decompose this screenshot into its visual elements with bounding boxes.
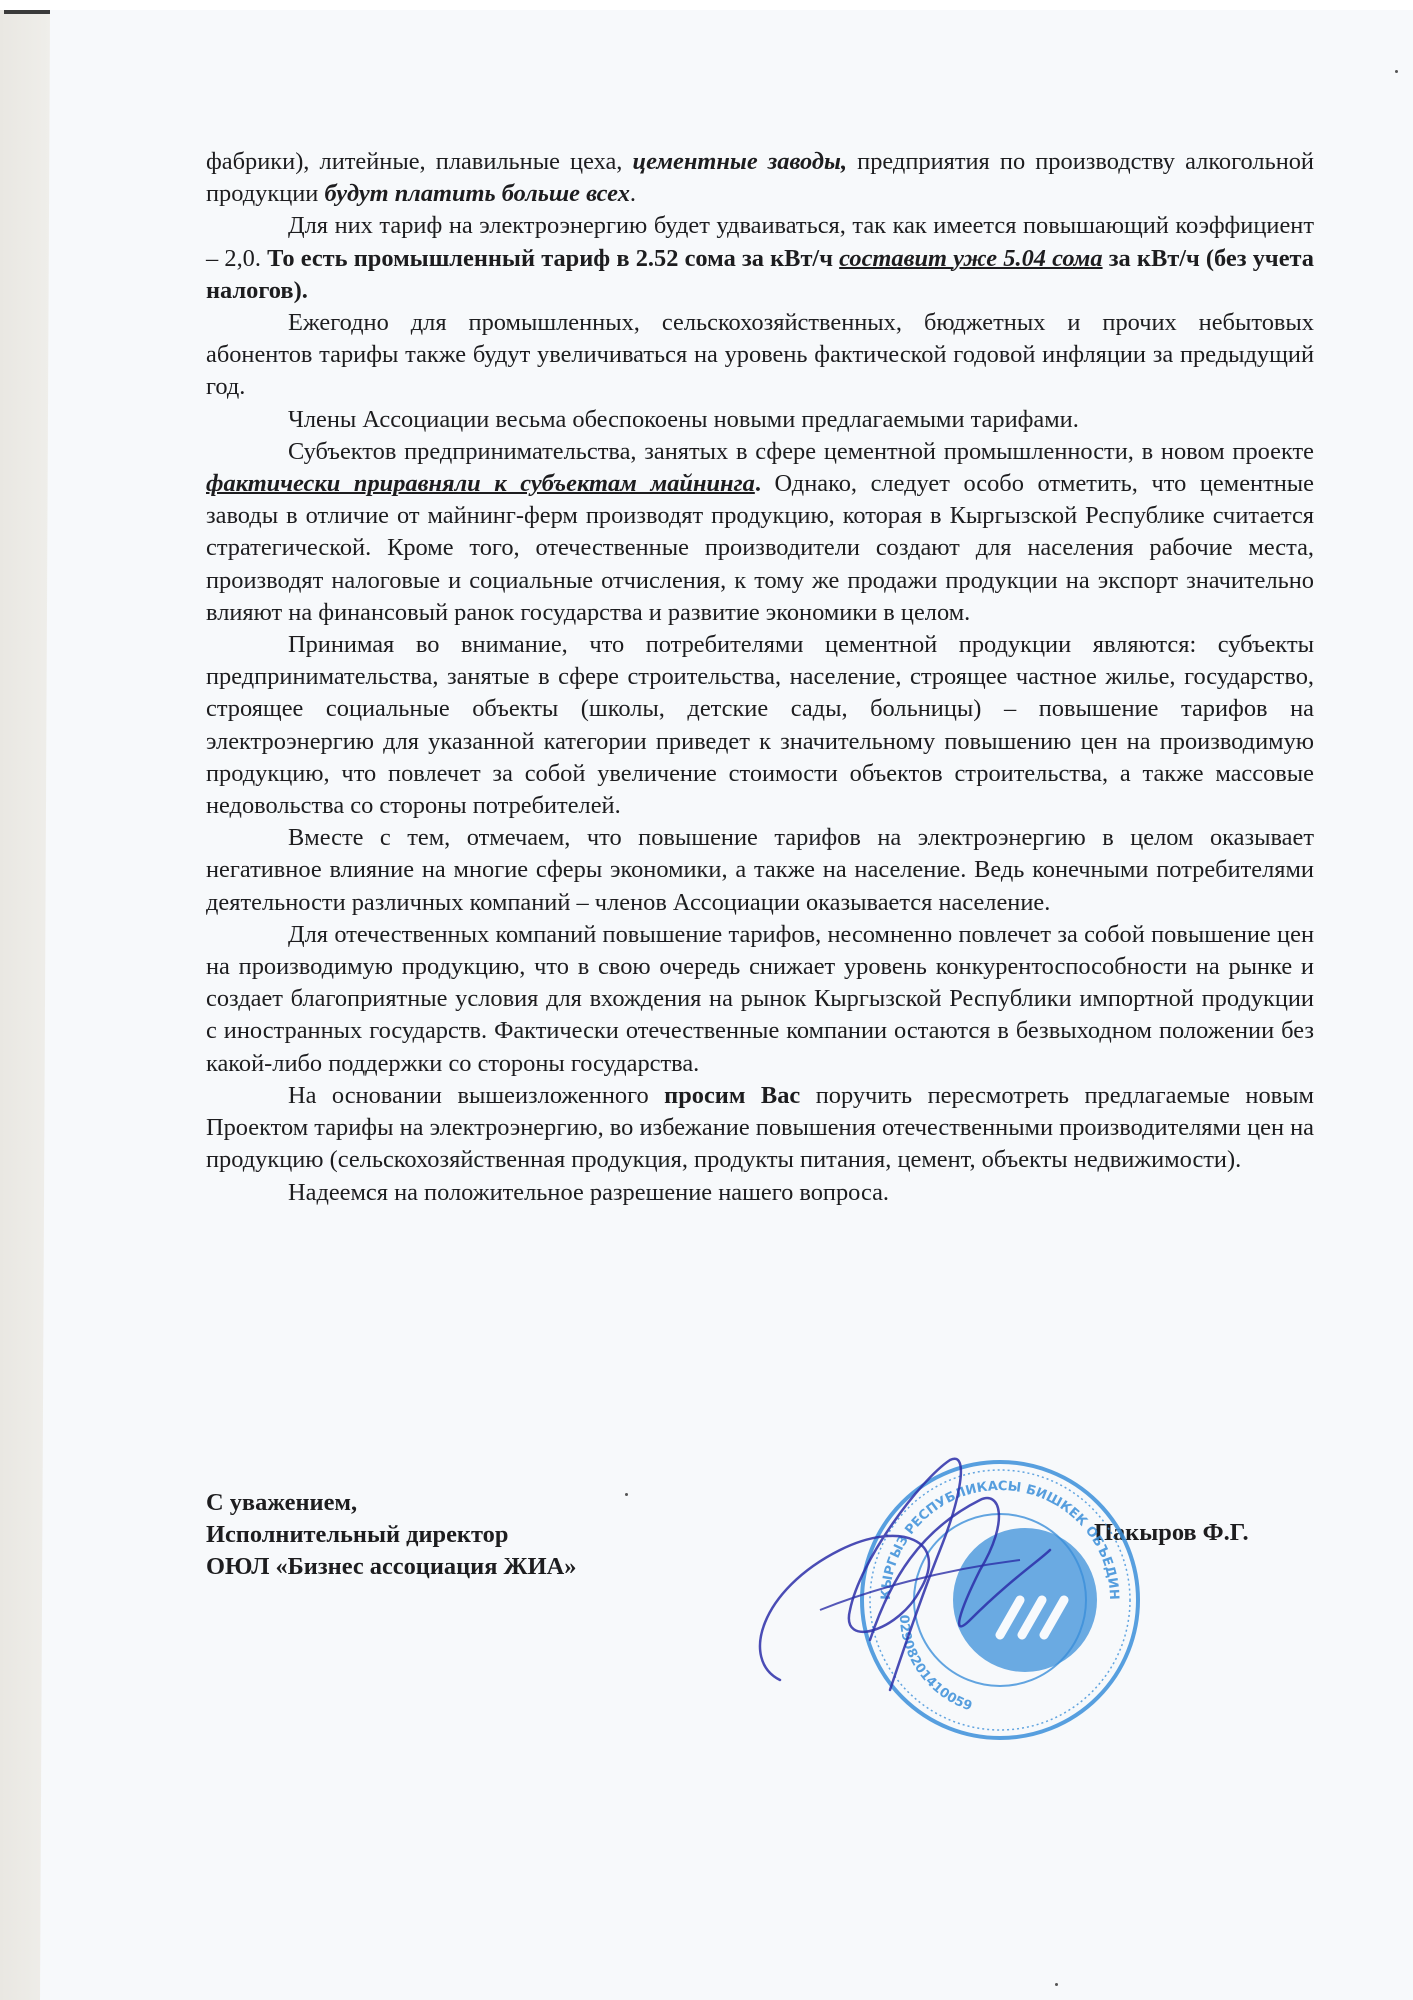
letter-body: фабрики), литейные, плавильные цеха, цем… (206, 146, 1314, 1209)
text-run: Вместе с тем, отмечаем, что повышение та… (206, 824, 1314, 915)
text-run: Надеемся на положительное разрешение наш… (288, 1179, 889, 1206)
scan-speck (1395, 70, 1398, 73)
signer-position: Исполнительный директор (206, 1519, 576, 1551)
text-run: фактически приравняли к субъектам майнин… (206, 470, 755, 497)
closing-line: С уважением, (206, 1487, 576, 1519)
text-run: . (630, 180, 636, 207)
text-run: Субъектов предпринимательства, занятых в… (288, 438, 1314, 465)
scan-corner-mark (4, 10, 52, 14)
paragraph: На основании вышеизложенного просим Вас … (206, 1080, 1314, 1177)
text-run: цементные заводы, (633, 148, 848, 175)
text-run: будут платить больше всех (324, 180, 629, 207)
paragraph: Члены Ассоциации весьма обеспокоены новы… (206, 404, 1314, 436)
scan-border-top (0, 0, 1413, 10)
text-run: фабрики), литейные, плавильные цеха, (206, 148, 633, 175)
text-run: На основании вышеизложенного (288, 1082, 664, 1109)
text-run: Для отечественных компаний повышение тар… (206, 921, 1314, 1077)
paragraph: Ежегодно для промышленных, сельскохозяйс… (206, 307, 1314, 404)
paragraph: Для них тариф на электроэнергию будет уд… (206, 210, 1314, 307)
signature-block: С уважением, Исполнительный директор ОЮЛ… (206, 1487, 576, 1583)
scan-speck (625, 1493, 628, 1496)
paragraph: Принимая во внимание, что потребителями … (206, 629, 1314, 822)
scan-speck (1055, 1983, 1058, 1986)
text-run: Члены Ассоциации весьма обеспокоены новы… (288, 406, 1079, 433)
text-run: Принимая во внимание, что потребителями … (206, 631, 1314, 819)
text-run: просим Вас (664, 1082, 800, 1109)
paragraph: Надеемся на положительное разрешение наш… (206, 1177, 1314, 1209)
paragraph: Субъектов предпринимательства, занятых в… (206, 436, 1314, 629)
text-run: Ежегодно для промышленных, сельскохозяйс… (206, 309, 1314, 400)
handwritten-signature-icon (720, 1440, 1060, 1700)
paragraph: фабрики), литейные, плавильные цеха, цем… (206, 146, 1314, 210)
text-run: составит уже 5.04 сома (839, 245, 1102, 272)
signer-organization: ОЮЛ «Бизнес ассоциация ЖИА» (206, 1551, 576, 1583)
paragraph: Вместе с тем, отмечаем, что повышение та… (206, 822, 1314, 919)
paragraph: Для отечественных компаний повышение тар… (206, 919, 1314, 1080)
text-run: То есть промышленный тариф в 2.52 сома з… (267, 245, 839, 272)
